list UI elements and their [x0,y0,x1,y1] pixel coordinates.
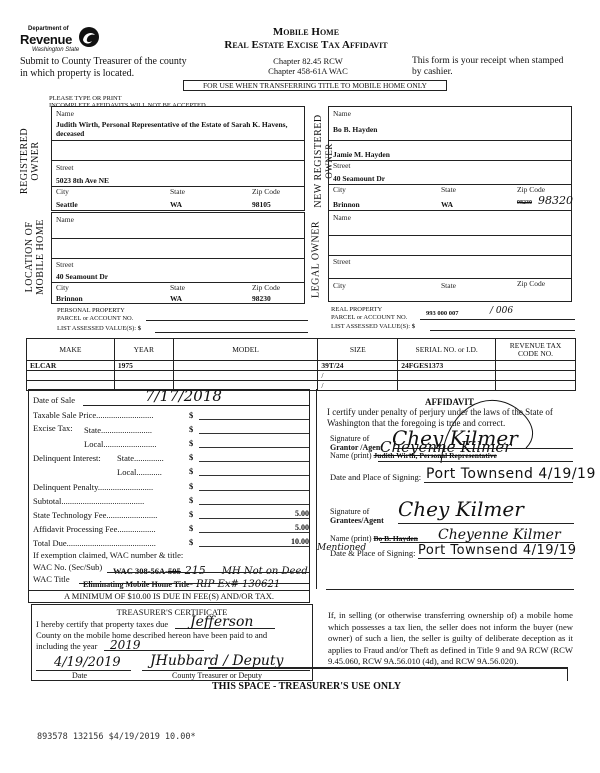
grantee-signature-label: Signature of Grantees/Agent [330,507,384,525]
wac-title-label: WAC Title [33,574,70,584]
fee-row-subtotal: Subtotal................................… [33,496,144,506]
date-of-sale-field[interactable] [83,405,309,406]
state-label: State [441,185,456,194]
registered-owner-street[interactable]: 5023 8th Ave NE [56,176,109,185]
delinquent-interest-state-field[interactable] [199,461,309,462]
fee-row-delinquent-interest: Delinquent Interest: [33,453,101,463]
fee-row-excise-local: Local......................... [84,439,156,449]
dor-swirl-logo-icon [78,26,100,48]
grantor-date-place[interactable]: Port Townsend 4/19/19 [426,466,596,482]
name-label: Name [333,109,351,118]
excise-local-field[interactable] [199,447,309,448]
cell-revenue-tax-code[interactable] [496,371,576,381]
zip-label: Zip Code [517,279,545,288]
real-assessed-label: LIST ASSESSED VALUE(S): $ [331,323,415,330]
new-owner-zip-handwritten: 98320 [538,194,573,207]
city-label: City [333,281,346,290]
personal-property-parcel-field[interactable] [146,320,308,321]
receipt-note: This form is your receipt when stamped b… [412,56,563,78]
treasurers-use-only-label: THIS SPACE - TREASURER'S USE ONLY [212,681,401,692]
grantor-date-label: Date and Place of Signing: [330,472,421,482]
new-owner-zip-struck: 98230 [517,200,532,206]
cell-year[interactable]: 1975 [114,361,173,371]
cell-model[interactable] [173,371,318,381]
registered-owner-state[interactable]: WA [170,200,182,209]
street-label: Street [333,257,351,266]
street-label: Street [56,163,74,172]
col-model: MODEL [173,339,318,361]
registered-owner-zip[interactable]: 98105 [252,200,271,209]
street-label: Street [56,260,74,269]
submit-note: Submit to County Treasurer of the county… [20,56,187,80]
treasurer-line1: I hereby certify that property taxes due [36,619,168,629]
form-title: Mobile Home Real Estate Excise Tax Affid… [200,26,412,52]
treasurer-year-handwritten[interactable]: 2019 [110,638,141,652]
real-property-parcel-handwritten: / 006 [490,306,513,316]
legal-owner-box: Name Street City State Zip Code [328,210,572,302]
grantee-signature[interactable]: Chey Kilmer [398,497,524,521]
col-serial: SERIAL NO. or I.D. [398,339,496,361]
name-label: Name [333,213,351,222]
col-size: SIZE [318,339,398,361]
location-street[interactable]: 40 Seamount Dr [56,272,108,281]
cell-make[interactable] [27,371,115,381]
fee-row-excise-state: Excise Tax: [33,423,73,433]
treasurer-date-handwritten[interactable]: 4/19/2019 [54,655,121,670]
location-section-label: LOCATION OF MOBILE HOME [24,217,46,297]
delinquent-penalty-field[interactable] [199,490,309,491]
cell-size[interactable]: / [318,371,398,381]
location-zip[interactable]: 98230 [252,294,271,303]
real-property-parcel-value[interactable]: 993 000 007 [426,310,459,317]
grantee-date-label: Date & Place of Signing: [330,548,415,558]
delinquent-interest-local-field[interactable] [199,475,309,476]
grantor-name-handwritten[interactable]: Cheyenne Kilmer [380,438,511,456]
legal-owner-section-label: LEGAL OWNER [311,220,322,300]
zip-label: Zip Code [517,185,545,194]
fee-row-excise-state-sub: State........................ [84,425,152,435]
personal-assessed-label: LIST ASSESSED VALUE(S): $ [57,325,141,332]
treasurer-county-handwritten[interactable]: Jefferson [190,614,253,630]
vehicle-table: MAKE YEAR MODEL SIZE SERIAL NO. or I.D. … [26,338,576,391]
state-technology-fee-value[interactable]: 5.00 [199,509,309,518]
grantee-date-place[interactable]: Port Townsend 4/19/19 [418,543,576,558]
name-label: Name [56,215,74,224]
zip-label: Zip Code [252,283,280,292]
fee-row-delinquent-interest-local: Local............ [117,467,162,477]
lien-notice: If, in selling (or otherwise transferrin… [328,610,573,668]
grantor-signature-label: Signature of Grantor /Agent [330,434,383,452]
fee-row-total-due: Total Due...............................… [33,538,156,548]
col-year: YEAR [114,339,173,361]
fee-row-delinquent-penalty: Delinquent Penalty......................… [33,482,153,492]
state-label: State [441,281,456,290]
new-owner-street[interactable]: 40 Seamount Dr [333,174,385,183]
state-label: State [170,187,185,196]
table-row: ELCAR 1975 39T/24 24FGES1373 [27,361,576,371]
treasurer-line3: including the year [36,641,97,651]
chapter-references: Chapter 82.45 RCW Chapter 458-61A WAC [262,56,354,76]
treasurer-certificate-box: TREASURER'S CERTIFICATE I hereby certify… [31,604,313,681]
real-assessed-value-field[interactable] [430,330,575,331]
fees-box: Date of Sale 7/17/2018 Taxable Sale Pric… [28,389,310,591]
cell-serial[interactable] [398,371,496,381]
state-label: State [170,283,185,292]
real-property-parcel: REAL PROPERTY PARCEL or ACCOUNT NO. [331,306,407,321]
date-of-sale-label: Date of Sale [33,395,75,405]
cell-make[interactable]: ELCAR [27,361,115,371]
taxable-sale-price-field[interactable] [199,419,309,420]
transfer-banner: FOR USE WHEN TRANSFERRING TITLE TO MOBIL… [183,80,447,91]
location-city[interactable]: Brinnon [56,294,83,303]
new-owner-name[interactable]: Bo B. Hayden [333,125,377,134]
grantee-name-handwritten[interactable]: Cheyenne Kilmer [438,527,561,543]
city-label: City [56,283,69,292]
cell-revenue-tax-code[interactable] [496,361,576,371]
new-owner-city[interactable]: Brinnon [333,200,360,209]
logo-revenue-text: Revenue [20,32,72,47]
col-make: MAKE [27,339,115,361]
registered-owner-name-cont[interactable]: deceased [56,129,84,138]
minimum-due-note: A MINIMUM OF $10.00 IS DUE IN FEE(S) AND… [28,590,310,603]
new-owner-name2[interactable]: Jamie M. Hayden [333,150,390,159]
wac-no-label: WAC No. (Sec/Sub) [33,562,102,572]
treasurer-date-label: Date [72,671,87,680]
logo-washington-text: Washington State [32,47,79,53]
new-owner-state[interactable]: WA [441,200,453,209]
fee-row-taxable-sale-price: Taxable Sale Price......................… [33,410,154,420]
treasurer-certificate-title: TREASURER'S CERTIFICATE [32,607,312,617]
exemption-label: If exemption claimed, WAC number & title… [33,550,183,560]
cell-year[interactable] [114,371,173,381]
treasurer-signer-label: County Treasurer or Deputy [172,671,262,680]
real-property-parcel-field[interactable] [420,319,575,320]
vehicle-table-header: MAKE YEAR MODEL SIZE SERIAL NO. or I.D. … [27,339,576,361]
receipt-stamp: 893578 132156 $4/19/2019 10.00* [37,732,196,742]
location-state[interactable]: WA [170,294,182,303]
city-label: City [56,187,69,196]
cell-serial[interactable]: 24FGES1373 [398,361,496,371]
city-label: City [333,185,346,194]
dor-logo: Department of Revenue Washington State [20,26,102,56]
fee-row-delinquent-interest-state: State.............. [117,453,164,463]
street-label: Street [333,161,351,170]
subtotal-field[interactable] [199,504,309,505]
col-revenue-tax-code: REVENUE TAX CODE NO. [496,339,576,361]
new-registered-owner-box: Name Bo B. Hayden Jamie M. Hayden Street… [328,106,572,211]
cell-model[interactable] [173,361,318,371]
registered-owner-name[interactable]: Judith Wirth, Personal Representative of… [56,120,287,129]
registered-owner-city[interactable]: Seattle [56,200,78,209]
treasurer-line2: County on the mobile home described here… [36,630,267,640]
fee-row-affidavit-processing-fee: Affidavit Processing Fee................… [33,524,156,534]
personal-property-parcel: PERSONAL PROPERTY PARCEL or ACCOUNT NO. [57,307,133,322]
zip-label: Zip Code [252,187,280,196]
registered-owner-section-label: REGISTERED OWNER [19,121,41,201]
personal-assessed-value-field[interactable] [155,332,308,333]
affidavit-processing-fee-value[interactable]: 5.00 [199,523,309,532]
location-box: Name Street 40 Seamount Dr City State Zi… [51,212,305,304]
total-due-value[interactable]: 10.00 [199,537,309,546]
table-row: / [27,371,576,381]
date-of-sale-handwritten: 7/17/2018 [145,387,222,405]
cell-size[interactable]: 39T/24 [318,361,398,371]
registered-owner-box: Name Judith Wirth, Personal Representati… [51,106,305,211]
fee-row-state-technology-fee: State Technology Fee....................… [33,510,157,520]
name-label: Name [56,109,74,118]
excise-state-field[interactable] [199,433,309,434]
